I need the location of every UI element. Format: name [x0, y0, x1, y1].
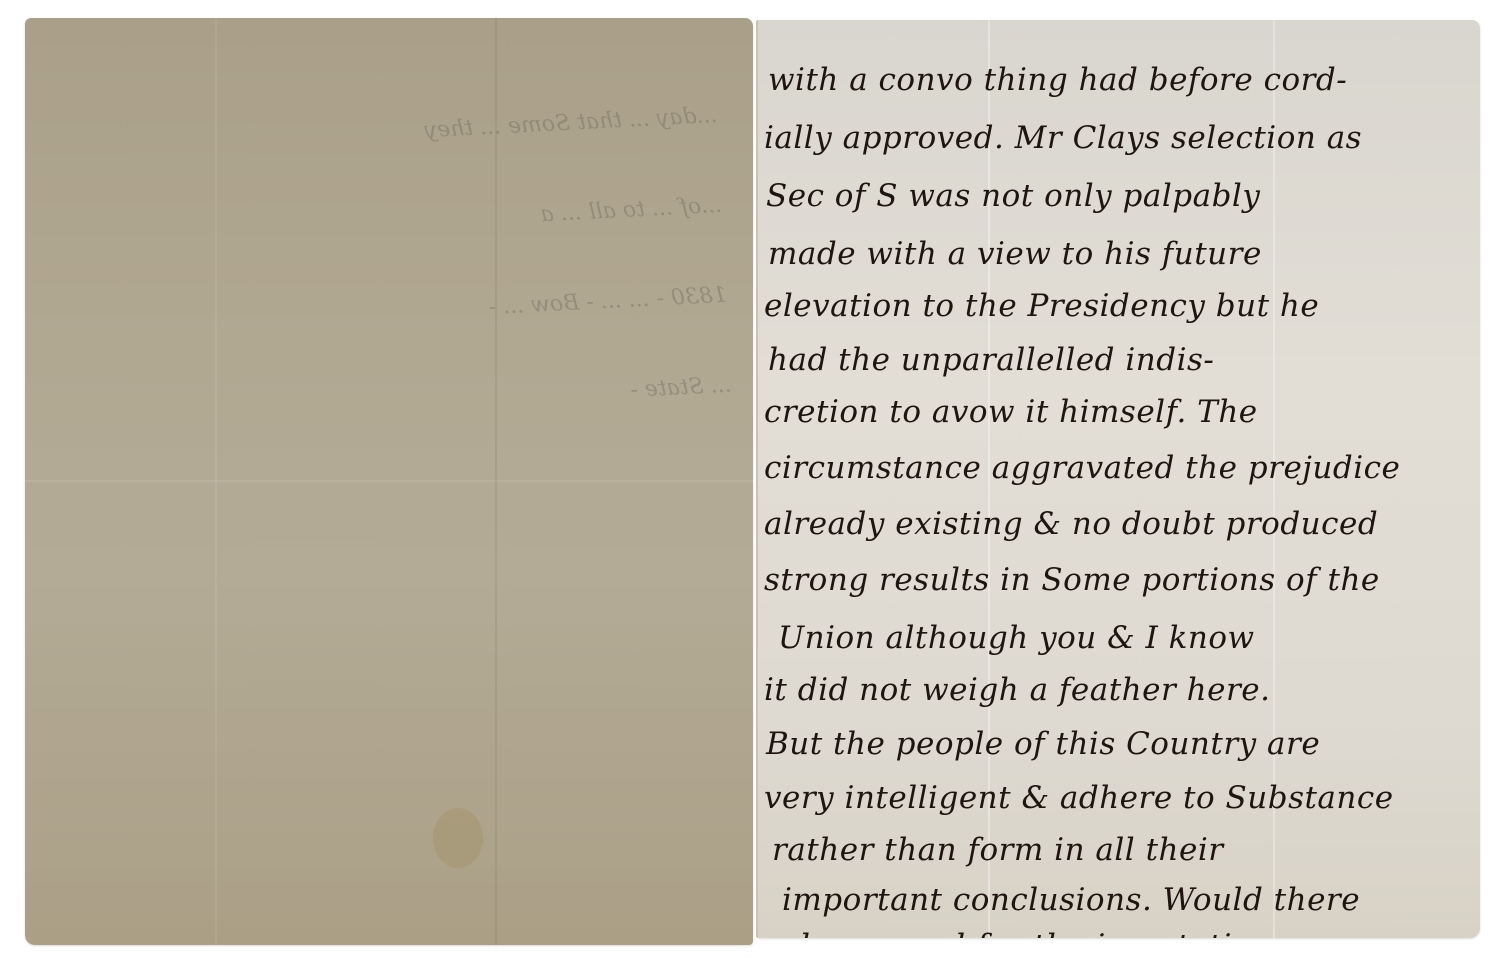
text-line: with a convo thing had before cord- — [768, 62, 1347, 98]
left-page-blank-verso: ...day ... that Some ... they ...of ... … — [25, 18, 753, 945]
text-line: very intelligent & adhere to Substance — [764, 780, 1394, 816]
text-line: made with a view to his future — [768, 236, 1262, 272]
text-line: circumstance aggravated the prejudice — [764, 450, 1400, 486]
text-line: had the unparallelled indis- — [768, 342, 1214, 378]
text-line: Union although you & I know — [778, 620, 1255, 656]
text-line: it did not weigh a feather here. — [764, 672, 1271, 708]
text-line: important conclusions. Would there — [782, 882, 1360, 918]
text-line: ially approved. Mr Clays selection as — [764, 120, 1362, 156]
text-line: already existing & no doubt produced — [764, 506, 1378, 542]
text-line: be ground for the imputation — [800, 928, 1272, 938]
text-line: strong results in Some portions of the — [764, 562, 1380, 598]
right-page-handwritten: with a convo thing had before cord- iall… — [758, 20, 1480, 938]
text-line: But the people of this Country are — [766, 726, 1320, 762]
text-line: cretion to avow it himself. The — [764, 394, 1258, 430]
ink-bleed-through: ...day ... that Some ... they ...of ... … — [54, 41, 735, 495]
water-stain — [433, 808, 483, 868]
text-line: Sec of S was not only palpably — [766, 178, 1260, 214]
text-line: rather than form in all their — [772, 832, 1224, 868]
text-line: elevation to the Presidency but he — [764, 288, 1319, 324]
